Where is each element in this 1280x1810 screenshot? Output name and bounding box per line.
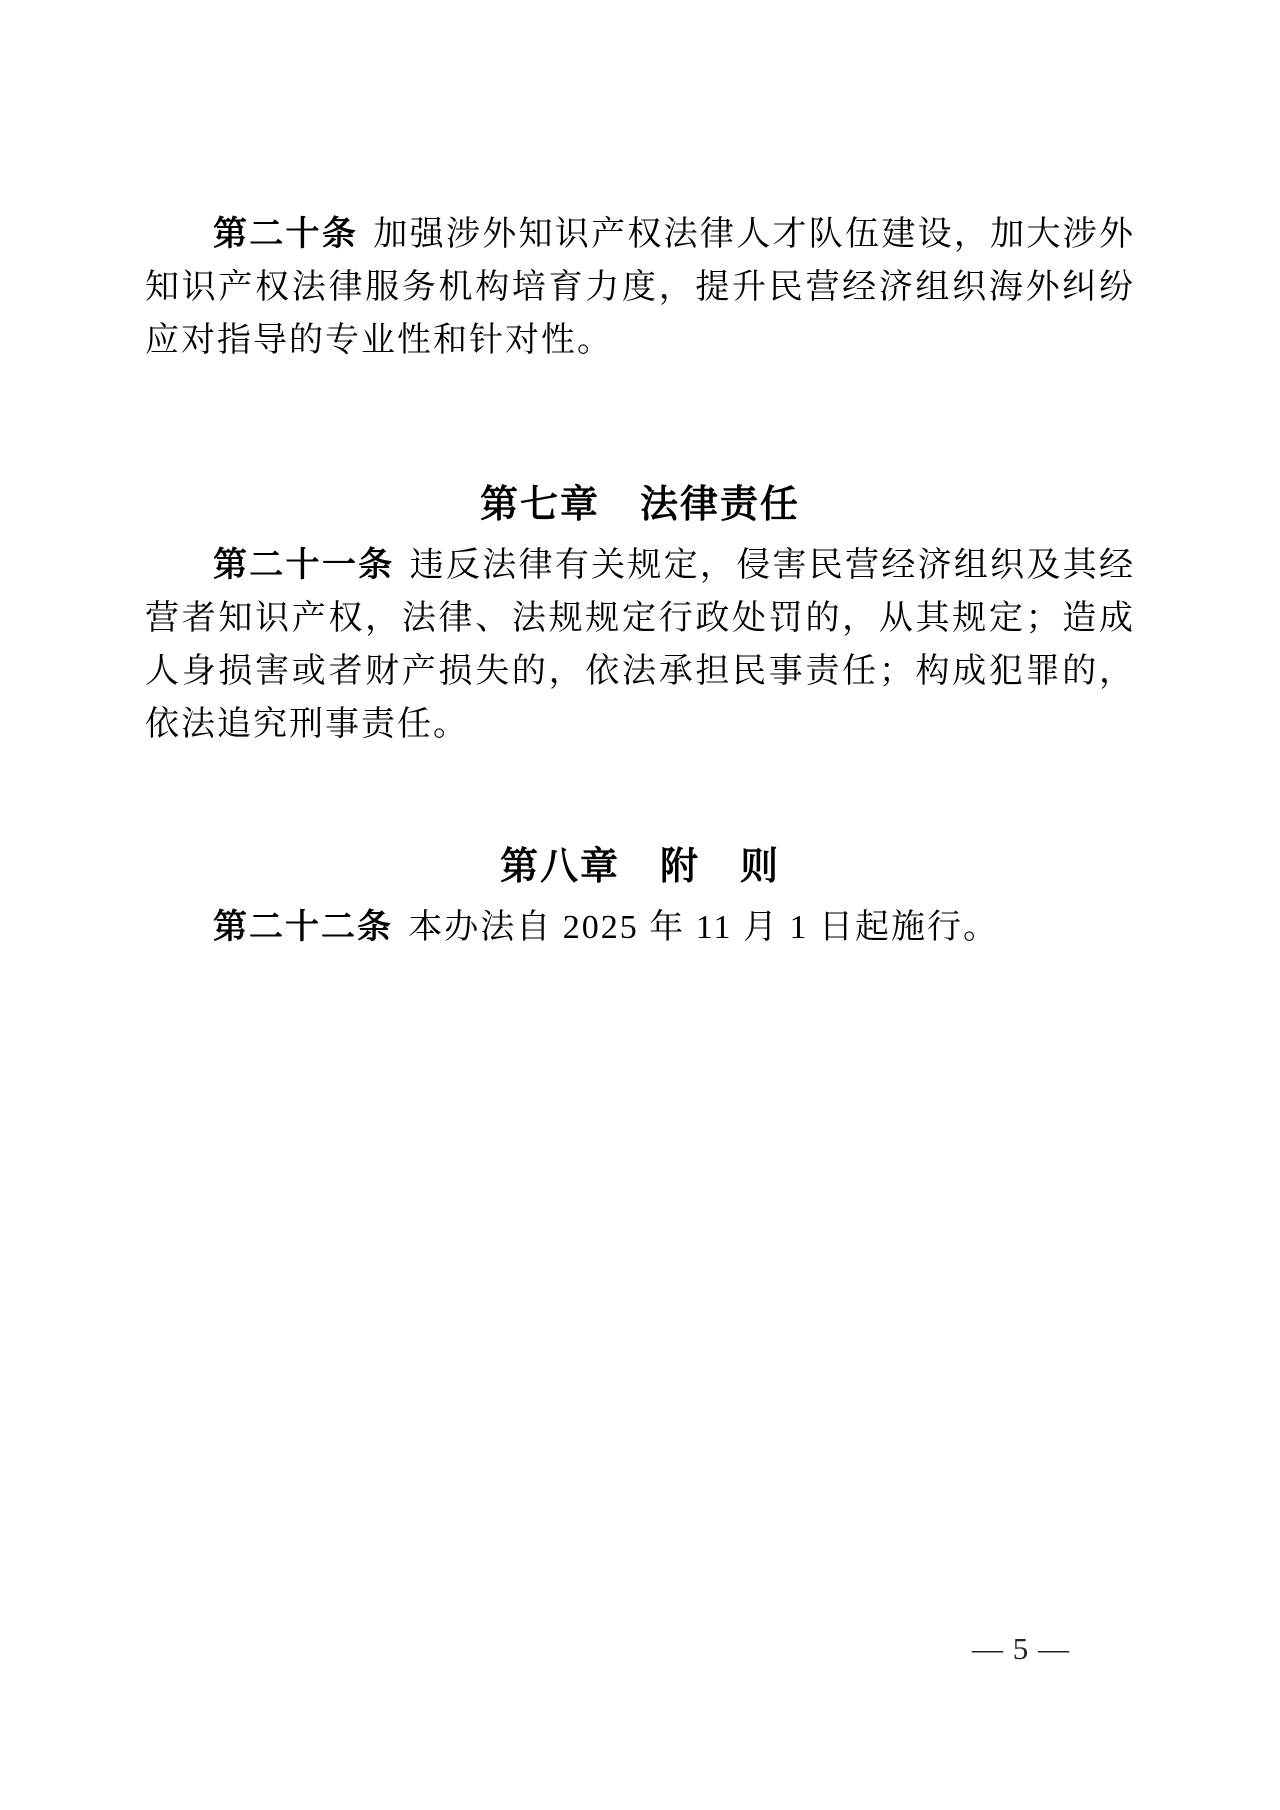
document-content: 第二十条加强涉外知识产权法律人才队伍建设，加大涉外知识产权法律服务机构培育力度，… <box>145 208 1135 954</box>
document-page: 第二十条加强涉外知识产权法律人才队伍建设，加大涉外知识产权法律服务机构培育力度，… <box>0 0 1280 1810</box>
article-20-paragraph: 第二十条加强涉外知识产权法律人才队伍建设，加大涉外知识产权法律服务机构培育力度，… <box>145 208 1135 367</box>
article-20-number: 第二十条 <box>213 215 358 253</box>
page-number: — 5 — <box>972 1632 1070 1666</box>
article-22-text: 本办法自 2025 年 11 月 1 日起施行。 <box>408 909 999 946</box>
chapter-8-heading: 第八章 附 则 <box>145 840 1135 895</box>
article-21-number: 第二十一条 <box>213 546 394 584</box>
chapter-7-heading: 第七章 法律责任 <box>145 478 1135 533</box>
article-21-paragraph: 第二十一条违反法律有关规定，侵害民营经济组织及其经营者知识产权，法律、法规规定行… <box>145 539 1135 751</box>
article-22-paragraph: 第二十二条本办法自 2025 年 11 月 1 日起施行。 <box>145 901 1135 954</box>
article-22-number: 第二十二条 <box>213 908 393 946</box>
